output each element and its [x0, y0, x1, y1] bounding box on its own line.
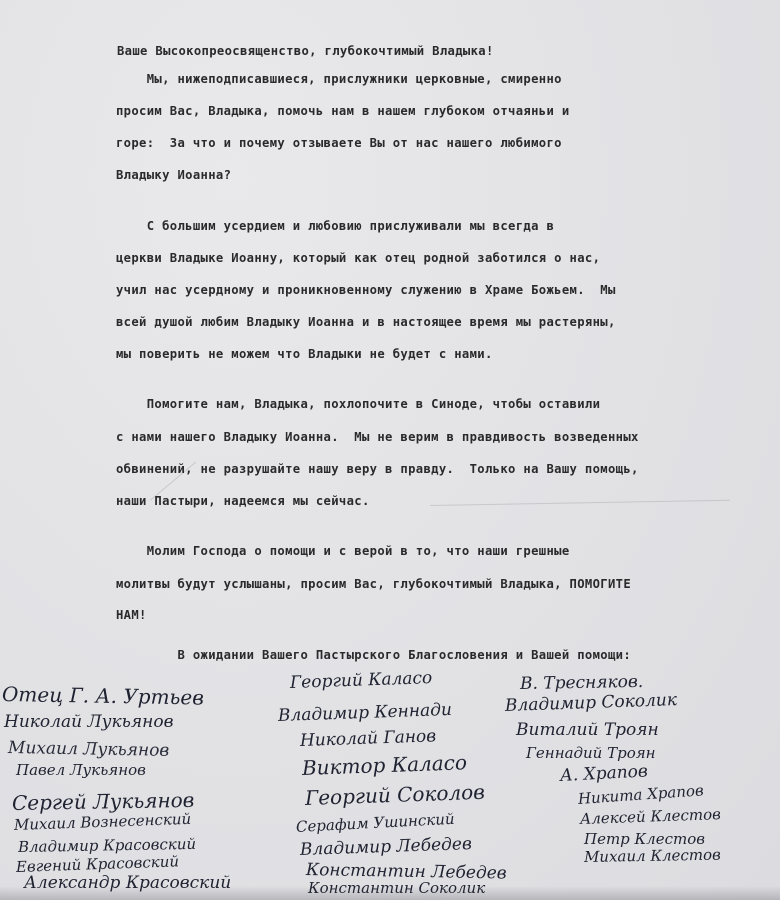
paragraph-4-line-2: молитвы будут услышаны, просим Вас, глуб… [116, 578, 631, 590]
signature-middle-1: Георгий Каласо [290, 670, 433, 692]
signature-left-6: Михаил Вознесенский [14, 812, 192, 833]
paragraph-3-line-4: наши Пастыри, надеемся мы сейчас. [116, 495, 370, 507]
signature-middle-5: Георгий Соколов [305, 782, 485, 808]
signature-middle-4: Виктор Каласо [302, 752, 468, 778]
signature-left-9: Александр Красовский [24, 875, 231, 892]
paragraph-2-line-2: церкви Владыке Иоанну, который как отец … [116, 252, 600, 264]
signature-left-5: Сергей Лукьянов [12, 790, 195, 813]
paragraph-3-line-3: обвинений, не разрушайте нашу веру в пра… [116, 463, 639, 475]
signature-right-1: В. Тресняков. [520, 674, 644, 693]
closing-line: В ожидании Вашего Пастырского Благослове… [116, 649, 631, 661]
signature-left-3: Михаил Лукьянов [8, 740, 170, 760]
paragraph-2-line-1: С большим усердием и любовию прислуживал… [116, 220, 554, 232]
signature-middle-3: Николай Ганов [300, 728, 437, 750]
signature-right-3: Виталий Троян [516, 722, 659, 739]
salutation: Ваше Высокопреосвященство, глубокочтимый… [117, 45, 494, 57]
signature-left-1: Отец Г. А. Уртьев [2, 684, 204, 708]
paragraph-2-line-5: мы поверить не можем что Владыки не буде… [116, 348, 493, 360]
paragraph-2-line-4: всей душой любим Владыку Иоанна и в наст… [116, 316, 616, 328]
signature-right-5: А. Храпов [560, 763, 649, 785]
paper-crease [430, 500, 730, 506]
paragraph-2-line-3: учил нас усердному и проникновенному слу… [116, 284, 616, 296]
signature-left-8: Евгений Красовский [16, 854, 180, 875]
signature-right-8: Петр Клестов [584, 832, 705, 847]
paragraph-3-line-1: Помогите нам, Владыка, похлопочите в Син… [116, 398, 600, 410]
signature-middle-6: Серафим Ушинский [296, 812, 455, 835]
paragraph-1-line-2: просим Вас, Владыка, помочь нам в нашем … [116, 105, 570, 117]
signature-middle-7: Владимир Лебедев [300, 836, 472, 859]
paragraph-4-line-3: НАМ! [116, 609, 147, 621]
paragraph-1-line-3: горе: За что и почему отзываете Вы от на… [116, 137, 562, 149]
signature-middle-9: Константин Соколик [308, 881, 485, 896]
signature-left-2: Николай Лукьянов [4, 714, 174, 731]
paragraph-1-line-1: Мы, нижеподписавшиеся, прислужники церко… [116, 73, 562, 85]
paragraph-4-line-1: Молим Господа о помощи и с верой в то, ч… [116, 545, 570, 557]
signature-middle-2: Владимир Кеннади [278, 702, 452, 725]
signature-right-2: Владимир Соколик [505, 692, 678, 715]
signature-right-9: Михаил Клестов [584, 848, 721, 865]
letter-page: Ваше Высокопреосвященство, глубокочтимый… [0, 0, 780, 900]
signature-right-4: Геннадий Троян [526, 746, 656, 761]
signature-right-6: Никита Храпов [577, 783, 704, 807]
signature-right-7: Алексей Клестов [580, 807, 721, 827]
signature-left-4: Павел Лукьянов [16, 763, 146, 778]
paragraph-3-line-2: с нами нашего Владыку Иоанна. Мы не вери… [116, 431, 639, 443]
paragraph-1-line-4: Владыку Иоанна? [116, 169, 231, 181]
